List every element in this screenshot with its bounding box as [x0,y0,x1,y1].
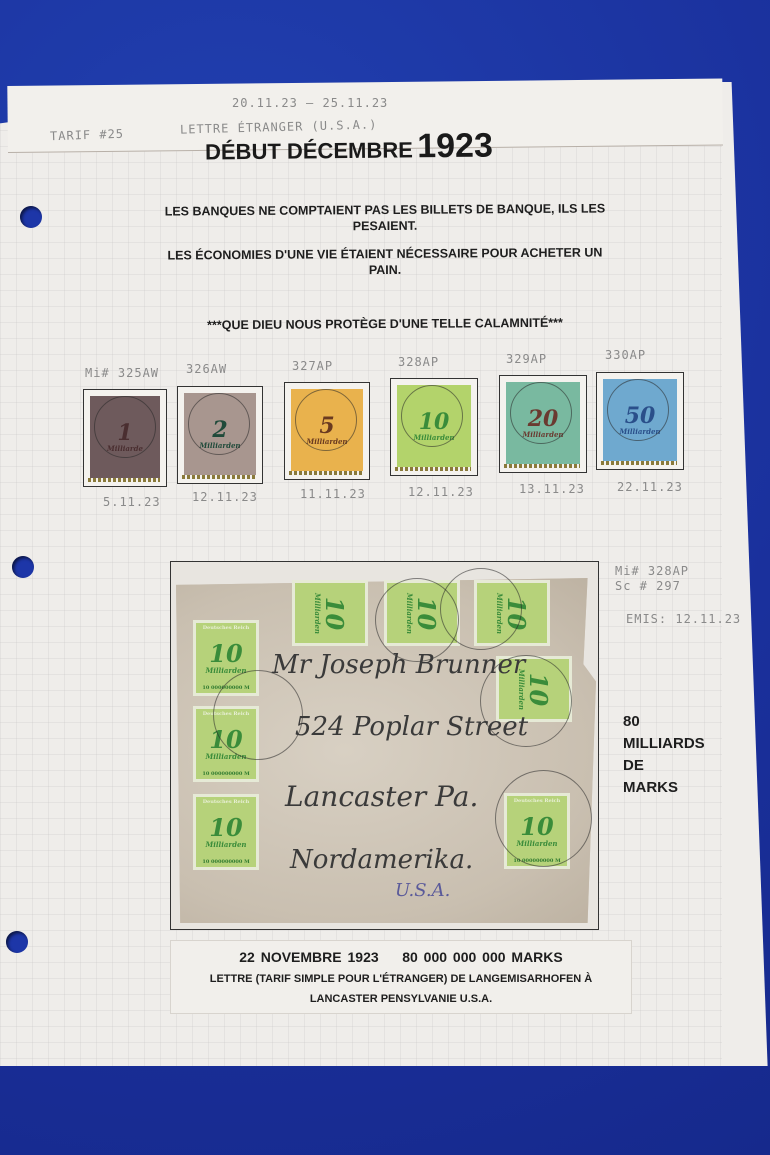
stamp-footer: 10 000000000 M [202,859,249,865]
perforation-edge [395,467,471,471]
postmark-circle [495,770,592,867]
binder-hole-middle [12,556,34,578]
binder-hole-top [20,206,42,228]
stamp-catalog-number: 330AP [605,348,646,362]
value-note: 80 MILLIARDS DE MARKS [623,711,705,799]
perforation-edge [504,464,580,468]
binder-hole-bottom [6,931,28,953]
stamp-catalog-number: 329AP [506,352,547,366]
stamp-catalog-number: 327AP [292,359,333,373]
postmark-circle [440,568,522,650]
stamp-value: 10 [209,642,242,666]
address-street: 524 Poplar Street [295,712,528,742]
stamp-value: 10 [322,596,346,629]
pencil-tariff: TARIF #25 [50,127,124,144]
title-year: 1923 [417,126,493,165]
stamp-date: 22.11.23 [617,480,683,494]
album-page-edge [722,82,770,1066]
postmark-circle [213,670,303,760]
pencil-catalog: Mi# 328AP [615,564,689,578]
stamp-date: 13.11.23 [519,482,585,496]
address-name: Mr Joseph Brunner [272,650,525,680]
stamp-date: 12.11.23 [192,490,258,504]
stamp-unit: Milliarden [205,840,246,849]
stamp-unit: Milliarden [313,592,322,633]
stamp-mount: 5Milliarden [284,382,370,480]
value-note-line: MILLIARDS [623,733,705,755]
postmark-circle [295,389,357,451]
stamp-date: 11.11.23 [300,487,366,501]
cover-stamp: Deutsches Reich10 000000000 M10Milliarde… [193,794,259,870]
stamp-header: Deutsches Reich [203,799,250,805]
perforation-edge [289,471,363,475]
postmark-circle [607,379,669,441]
stamp-mount: 2Milliarden [177,386,263,484]
paragraph-savings: LES ÉCONOMIES D'UNE VIE ÉTAIENT NÉCESSAI… [150,244,620,279]
stamp-value: 10 [209,816,242,840]
stamp-date: 5.11.23 [103,495,161,509]
stamp-footer: 10 000000000 M [202,771,249,777]
caption-description: LETTRE (TARIF SIMPLE POUR L'ÉTRANGER) DE… [171,973,631,985]
value-note-line: 80 [623,711,705,733]
caption-box: 22 NOVEMBRE 1923 80 000 000 000 MARKS LE… [170,940,632,1014]
perforation-edge [601,461,677,465]
stamp-date: 12.11.23 [408,485,474,499]
address-usa: U.S.A. [395,880,450,901]
stamp-catalog-number: Mi# 325AW [85,366,159,380]
value-note-line: MARKS [623,777,705,799]
address-city: Lancaster Pa. [285,780,478,813]
stamp-catalog-number: 326AW [186,362,227,376]
caption-date-value: 22 NOVEMBRE 1923 80 000 000 000 MARKS [171,949,631,965]
perforation-edge [88,478,160,482]
stamp-catalog-number: 328AP [398,355,439,369]
address-country: Nordamerika. [290,845,473,875]
postmark-circle [188,393,250,455]
postmark-circle [510,382,572,444]
stamp-header: Deutsches Reich [203,625,250,631]
motto: ***QUE DIEU NOUS PROTÈGE D'UNE TELLE CAL… [140,314,630,333]
pencil-issue-date: EMIS: 12.11.23 [626,612,741,626]
pencil-scott: Sc # 297 [615,579,681,593]
page-title: DÉBUT DÉCEMBRE 1923 [205,126,493,168]
caption-destination: LANCASTER PENSYLVANIE U.S.A. [171,993,631,1005]
stamp-mount: 1Milliarde [83,389,167,487]
value-note-line: DE [623,755,705,777]
paragraph-banks: LES BANQUES NE COMPTAIENT PAS LES BILLET… [150,200,620,235]
stamp-mount: 10Milliarden [390,378,478,476]
perforation-edge [182,475,256,479]
title-text: DÉBUT DÉCEMBRE [205,137,413,164]
stamp-mount: 50Milliarden [596,372,684,470]
postmark-circle [94,396,156,458]
postmark-circle [401,385,463,447]
stamp-mount: 20Milliarden [499,375,587,473]
pencil-date-range: 20.11.23 — 25.11.23 [232,96,388,110]
cover-stamp: 10Milliarden [292,580,368,646]
